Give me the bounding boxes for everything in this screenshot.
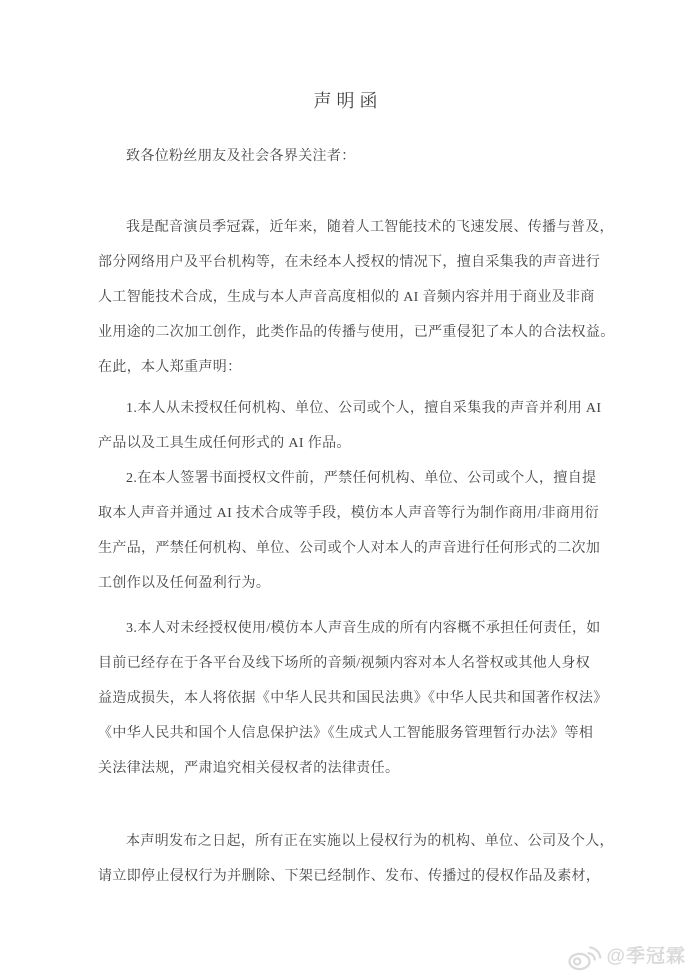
paragraph-item-1: 1.本人从未授权任何机构、单位、公司或个人，擅自采集我的声音并利用 AI产品以及… <box>98 391 598 461</box>
text-line: 生产品，严禁任何机构、单位、公司或个人对本人的声音进行任何形式的二次加 <box>98 531 598 566</box>
text-line: 本声明发布之日起，所有正在实施以上侵权行为的机构、单位、公司及个人， <box>98 824 598 859</box>
text-line: 取本人声音并通过 AI 技术合成等手段，模仿本人声音等行为制作商用/非商用衍 <box>98 496 598 531</box>
watermark-handle: @季冠霖 <box>606 943 686 971</box>
paragraph-item-2: 2.在本人签署书面授权文件前，严禁任何机构、单位、公司或个人，擅自提取本人声音并… <box>98 461 598 601</box>
text-line: 3.本人对未经授权使用/模仿本人声音生成的所有内容概不承担任何责任，如 <box>98 611 598 646</box>
text-line: 产品以及工具生成任何形式的 AI 作品。 <box>98 426 598 461</box>
paragraph-intro: 我是配音演员季冠霖，近年来，随着人工智能技术的飞速发展、传播与普及，部分网络用户… <box>98 210 598 385</box>
text-line: 目前已经存在于各平台及线下场所的音频/视频内容对本人名誉权或其他人身权 <box>98 646 598 681</box>
document-title: 声明函 <box>98 84 598 119</box>
text-line: 《中华人民共和国个人信息保护法》《生成式人工智能服务管理暂行办法》等相 <box>98 716 598 751</box>
text-line: 工创作以及任何盈利行为。 <box>98 566 598 601</box>
text-line: 在此，本人郑重声明： <box>98 350 598 385</box>
salutation-line: 致各位粉丝朋友及社会各界关注者： <box>98 139 598 174</box>
weibo-icon <box>567 943 603 971</box>
text-line: 1.本人从未授权任何机构、单位、公司或个人，擅自采集我的声音并利用 AI <box>98 391 598 426</box>
text-line: 请立即停止侵权行为并删除、下架已经制作、发布、传播过的侵权作品及素材， <box>98 859 598 894</box>
document-page: 声明函 致各位粉丝朋友及社会各界关注者： 我是配音演员季冠霖，近年来，随着人工智… <box>0 0 690 976</box>
weibo-watermark: @季冠霖 <box>567 943 686 971</box>
text-line: 关法律法规，严肃追究相关侵权者的法律责任。 <box>98 751 598 786</box>
text-line: 人工智能技术合成，生成与本人声音高度相似的 AI 音频内容并用于商业及非商 <box>98 280 598 315</box>
statement-letter: 声明函 致各位粉丝朋友及社会各界关注者： 我是配音演员季冠霖，近年来，随着人工智… <box>98 84 598 894</box>
text-line: 2.在本人签署书面授权文件前，严禁任何机构、单位、公司或个人，擅自提 <box>98 461 598 496</box>
text-line: 我是配音演员季冠霖，近年来，随着人工智能技术的飞速发展、传播与普及， <box>98 210 598 245</box>
paragraph-closing: 本声明发布之日起，所有正在实施以上侵权行为的机构、单位、公司及个人，请立即停止侵… <box>98 824 598 894</box>
text-line: 业用途的二次加工创作，此类作品的传播与使用，已严重侵犯了本人的合法权益。 <box>98 315 598 350</box>
text-line: 部分网络用户及平台机构等，在未经本人授权的情况下，擅自采集我的声音进行 <box>98 245 598 280</box>
paragraph-item-3: 3.本人对未经授权使用/模仿本人声音生成的所有内容概不承担任何责任，如目前已经存… <box>98 611 598 786</box>
text-line: 益造成损失，本人将依据《中华人民共和国民法典》《中华人民共和国著作权法》 <box>98 681 598 716</box>
